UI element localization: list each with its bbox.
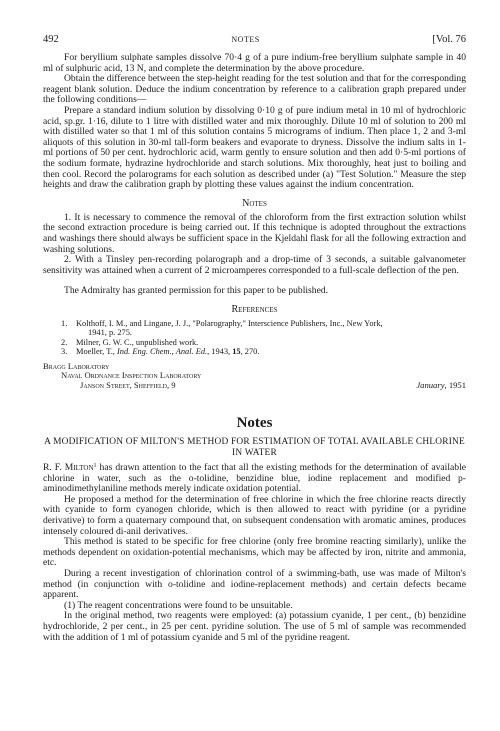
notes-list: 1. It is necessary to commence the remov… bbox=[43, 213, 466, 277]
date-received: January, 1951 bbox=[416, 381, 466, 391]
paragraph: Prepare a standard indium solution by di… bbox=[43, 106, 466, 191]
author-name: R. F. Milton bbox=[43, 462, 94, 473]
running-title: NOTES bbox=[231, 35, 259, 44]
paragraph: He proposed a method for the determinati… bbox=[43, 495, 466, 537]
section-heading-notes: Notes bbox=[43, 414, 466, 432]
reference-item: 2. Milner, G. W. C., unpublished work. bbox=[61, 338, 466, 347]
page-number: 492 bbox=[43, 34, 59, 45]
author-address: Bragg Laboratory Naval Ordnance Inspecti… bbox=[43, 362, 466, 391]
references-list: 1. Kolthoff, I. M., and Lingane, J. J., … bbox=[43, 319, 466, 357]
volume-label: [Vol. 76 bbox=[432, 34, 466, 45]
paragraph: This method is stated to be specific for… bbox=[43, 537, 466, 569]
note-item: 1. It is necessary to commence the remov… bbox=[43, 213, 466, 255]
acknowledgement: The Admiralty has granted permission for… bbox=[43, 286, 466, 297]
paragraph: During a recent investigation of chlorin… bbox=[43, 569, 466, 601]
note-item: 2. With a Tinsley pen-recording polarogr… bbox=[43, 255, 466, 276]
paragraph: In the original method, two reagents wer… bbox=[43, 611, 466, 643]
article-title: A MODIFICATION OF MILTON'S METHOD FOR ES… bbox=[43, 437, 466, 459]
notes-heading: Notes bbox=[43, 198, 466, 210]
reference-item: 1. Kolthoff, I. M., and Lingane, J. J., … bbox=[61, 319, 466, 338]
journal-page: 492 NOTES [Vol. 76 For beryllium sulphat… bbox=[43, 34, 466, 643]
paragraph: Obtain the difference between the step-h… bbox=[43, 74, 466, 106]
references-heading: References bbox=[43, 304, 466, 316]
reference-item: 3. Moeller, T., Ind. Eng. Chem., Anal. E… bbox=[61, 347, 466, 356]
paragraph: For beryllium sulphate samples dissolve … bbox=[43, 53, 466, 74]
running-header: 492 NOTES [Vol. 76 bbox=[43, 34, 466, 48]
paragraph: R. F. Milton1 has drawn attention to the… bbox=[43, 463, 466, 495]
body-top: For beryllium sulphate samples dissolve … bbox=[43, 53, 466, 191]
